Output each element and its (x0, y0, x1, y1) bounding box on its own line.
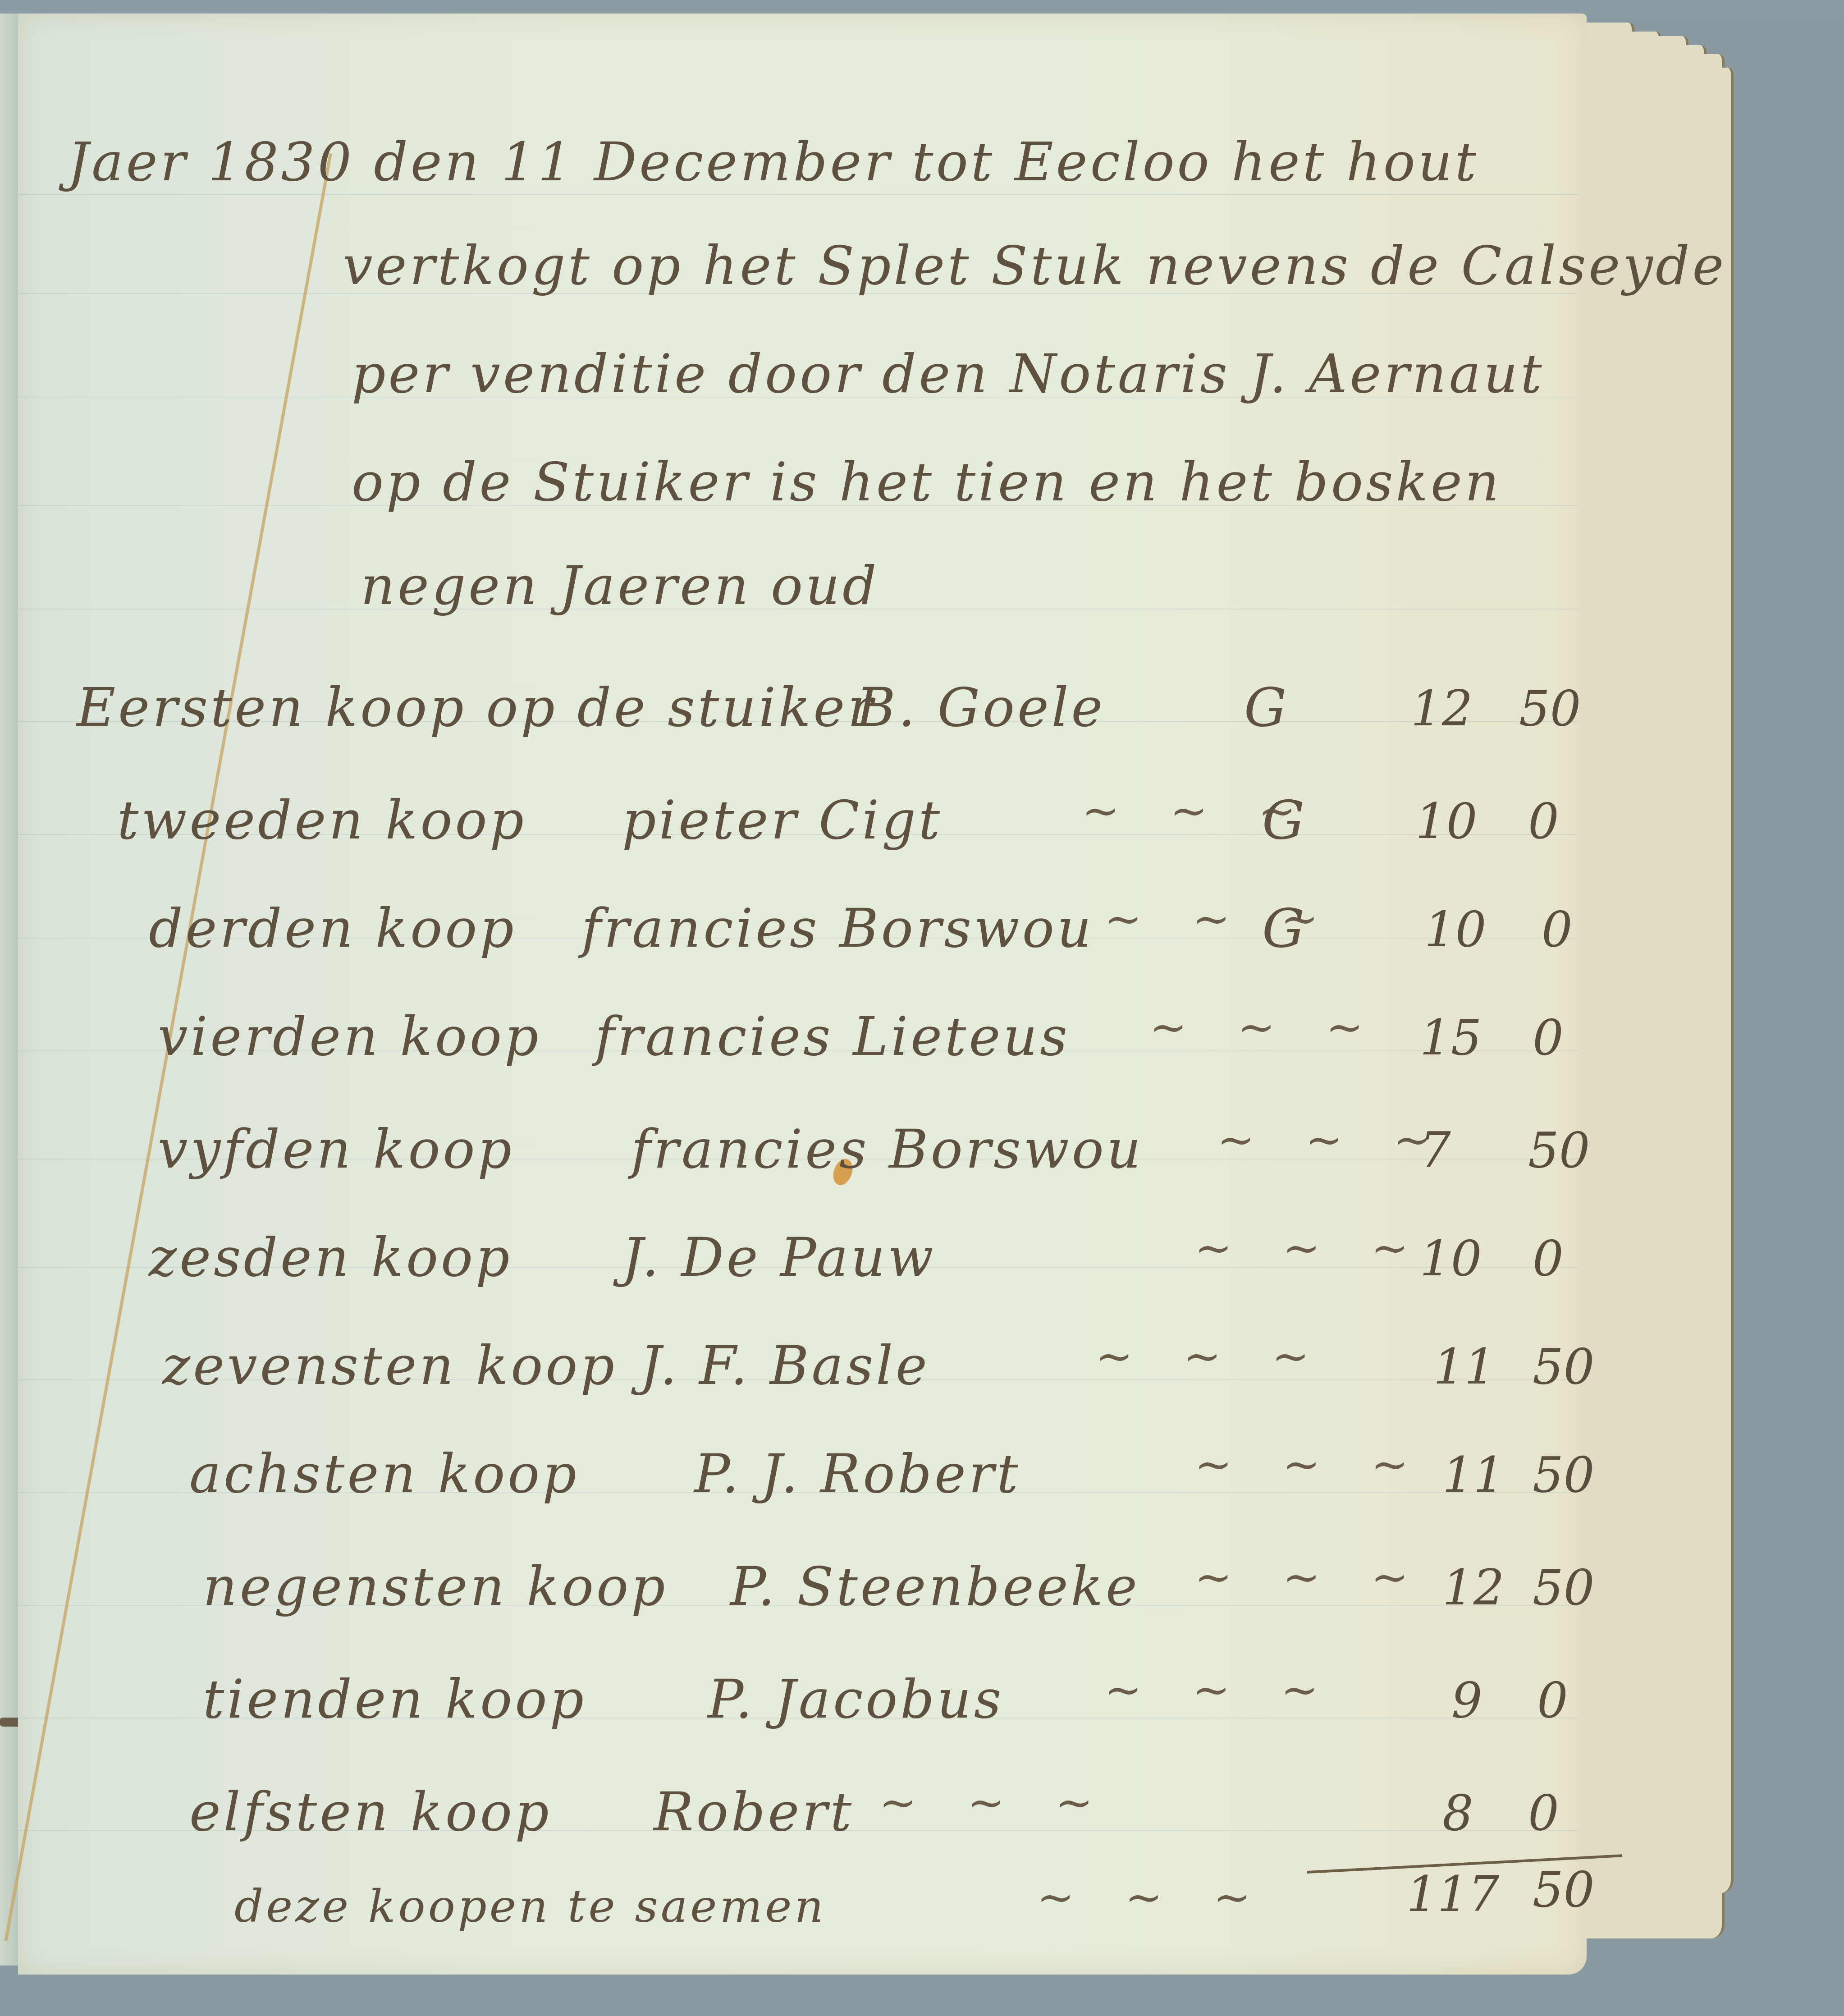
entry-label: tienden koop (203, 1668, 586, 1730)
entry-buyer: P. Steenbeeke (730, 1555, 1140, 1617)
leader-dashes: ~ ~ ~ (1217, 1113, 1449, 1166)
entry-guilders: 12 (1411, 681, 1473, 737)
entry-cents: 50 (1533, 1339, 1594, 1395)
entry-label: vyfden koop (158, 1118, 514, 1180)
entry-buyer: J. F. Basle (640, 1334, 930, 1397)
entry-cents: 50 (1519, 681, 1581, 737)
header-line-5: negen Jaeren oud (361, 554, 879, 617)
entry-guilders: 11 (1442, 1447, 1504, 1503)
entry-mark: G (1262, 789, 1307, 851)
header-line-2: vertkogt op het Splet Stuk nevens de Cal… (343, 234, 1726, 297)
entry-guilders: 12 (1442, 1560, 1504, 1616)
entry-cents: 0 (1537, 1672, 1568, 1729)
entry-label: Eersten koop op de stuiker (77, 676, 876, 738)
entry-buyer: J. De Pauw (622, 1226, 936, 1288)
entry-buyer: francies Borswou (631, 1118, 1144, 1180)
entry-cents: 0 (1533, 1231, 1564, 1287)
entry-guilders: 15 (1420, 1010, 1482, 1066)
entry-guilders: 10 (1415, 793, 1477, 850)
entry-cents: 0 (1528, 1785, 1559, 1842)
entry-label: elfsten koop (189, 1781, 552, 1843)
entry-buyer: francies Lieteus (595, 1005, 1070, 1068)
entry-guilders: 9 (1451, 1672, 1483, 1729)
entry-label: zesden koop (149, 1226, 512, 1288)
entry-label: achsten koop (189, 1443, 579, 1505)
entry-buyer: pieter Cigt (622, 789, 943, 851)
header-line-1: Jaer 1830 den 11 December tot Eecloo het… (68, 131, 1479, 193)
entry-buyer: P. J. Robert (694, 1443, 1021, 1505)
total-cents: 50 (1533, 1862, 1594, 1918)
leader-dashes: ~ ~ ~ (1095, 1330, 1327, 1383)
leader-dashes: ~ ~ ~ (1194, 1222, 1427, 1274)
entry-buyer: francies Borswou (581, 897, 1094, 959)
entry-buyer: Robert (654, 1781, 854, 1843)
entry-cents: 0 (1542, 902, 1573, 958)
leader-dashes: ~ ~ ~ (1194, 1438, 1427, 1491)
entry-buyer: B. Goele (856, 676, 1105, 738)
ruled-line (18, 194, 1578, 195)
entry-cents: 0 (1528, 793, 1559, 850)
total-label: deze koopen te saemen (234, 1880, 826, 1933)
page-stack-edges (1578, 23, 1758, 1938)
entry-cents: 0 (1533, 1010, 1564, 1066)
entry-label: zevensten koop (162, 1334, 617, 1397)
header-line-3: per venditie door den Notaris J. Aernaut (352, 343, 1545, 405)
entry-label: vierden koop (158, 1005, 541, 1068)
entry-guilders: 8 (1442, 1785, 1473, 1842)
entry-mark: G (1262, 897, 1307, 959)
entry-guilders: 7 (1420, 1123, 1451, 1179)
header-line-4: op de Stuiker is het tien en het bosken (352, 451, 1502, 513)
leader-dashes: ~ ~ ~ (1037, 1871, 1269, 1924)
entry-guilders: 10 (1420, 1231, 1482, 1287)
entry-label: negensten koop (203, 1555, 668, 1617)
entry-mark: G (1244, 676, 1289, 738)
leader-dashes: ~ ~ ~ (1194, 1551, 1427, 1604)
leader-dashes: ~ ~ ~ (1149, 1001, 1382, 1054)
entry-label: derden koop (149, 897, 517, 959)
entry-cents: 50 (1533, 1560, 1594, 1616)
entry-cents: 50 (1528, 1123, 1590, 1179)
entry-label: tweeden koop (117, 789, 526, 851)
total-guilders: 117 (1406, 1866, 1499, 1923)
leader-dashes: ~ ~ ~ (879, 1776, 1111, 1829)
entry-buyer: P. Jacobus (708, 1668, 1004, 1730)
entry-guilders: 11 (1433, 1339, 1495, 1395)
entry-guilders: 10 (1424, 902, 1486, 958)
entry-cents: 50 (1533, 1447, 1594, 1503)
leader-dashes: ~ ~ ~ (1104, 1663, 1336, 1716)
